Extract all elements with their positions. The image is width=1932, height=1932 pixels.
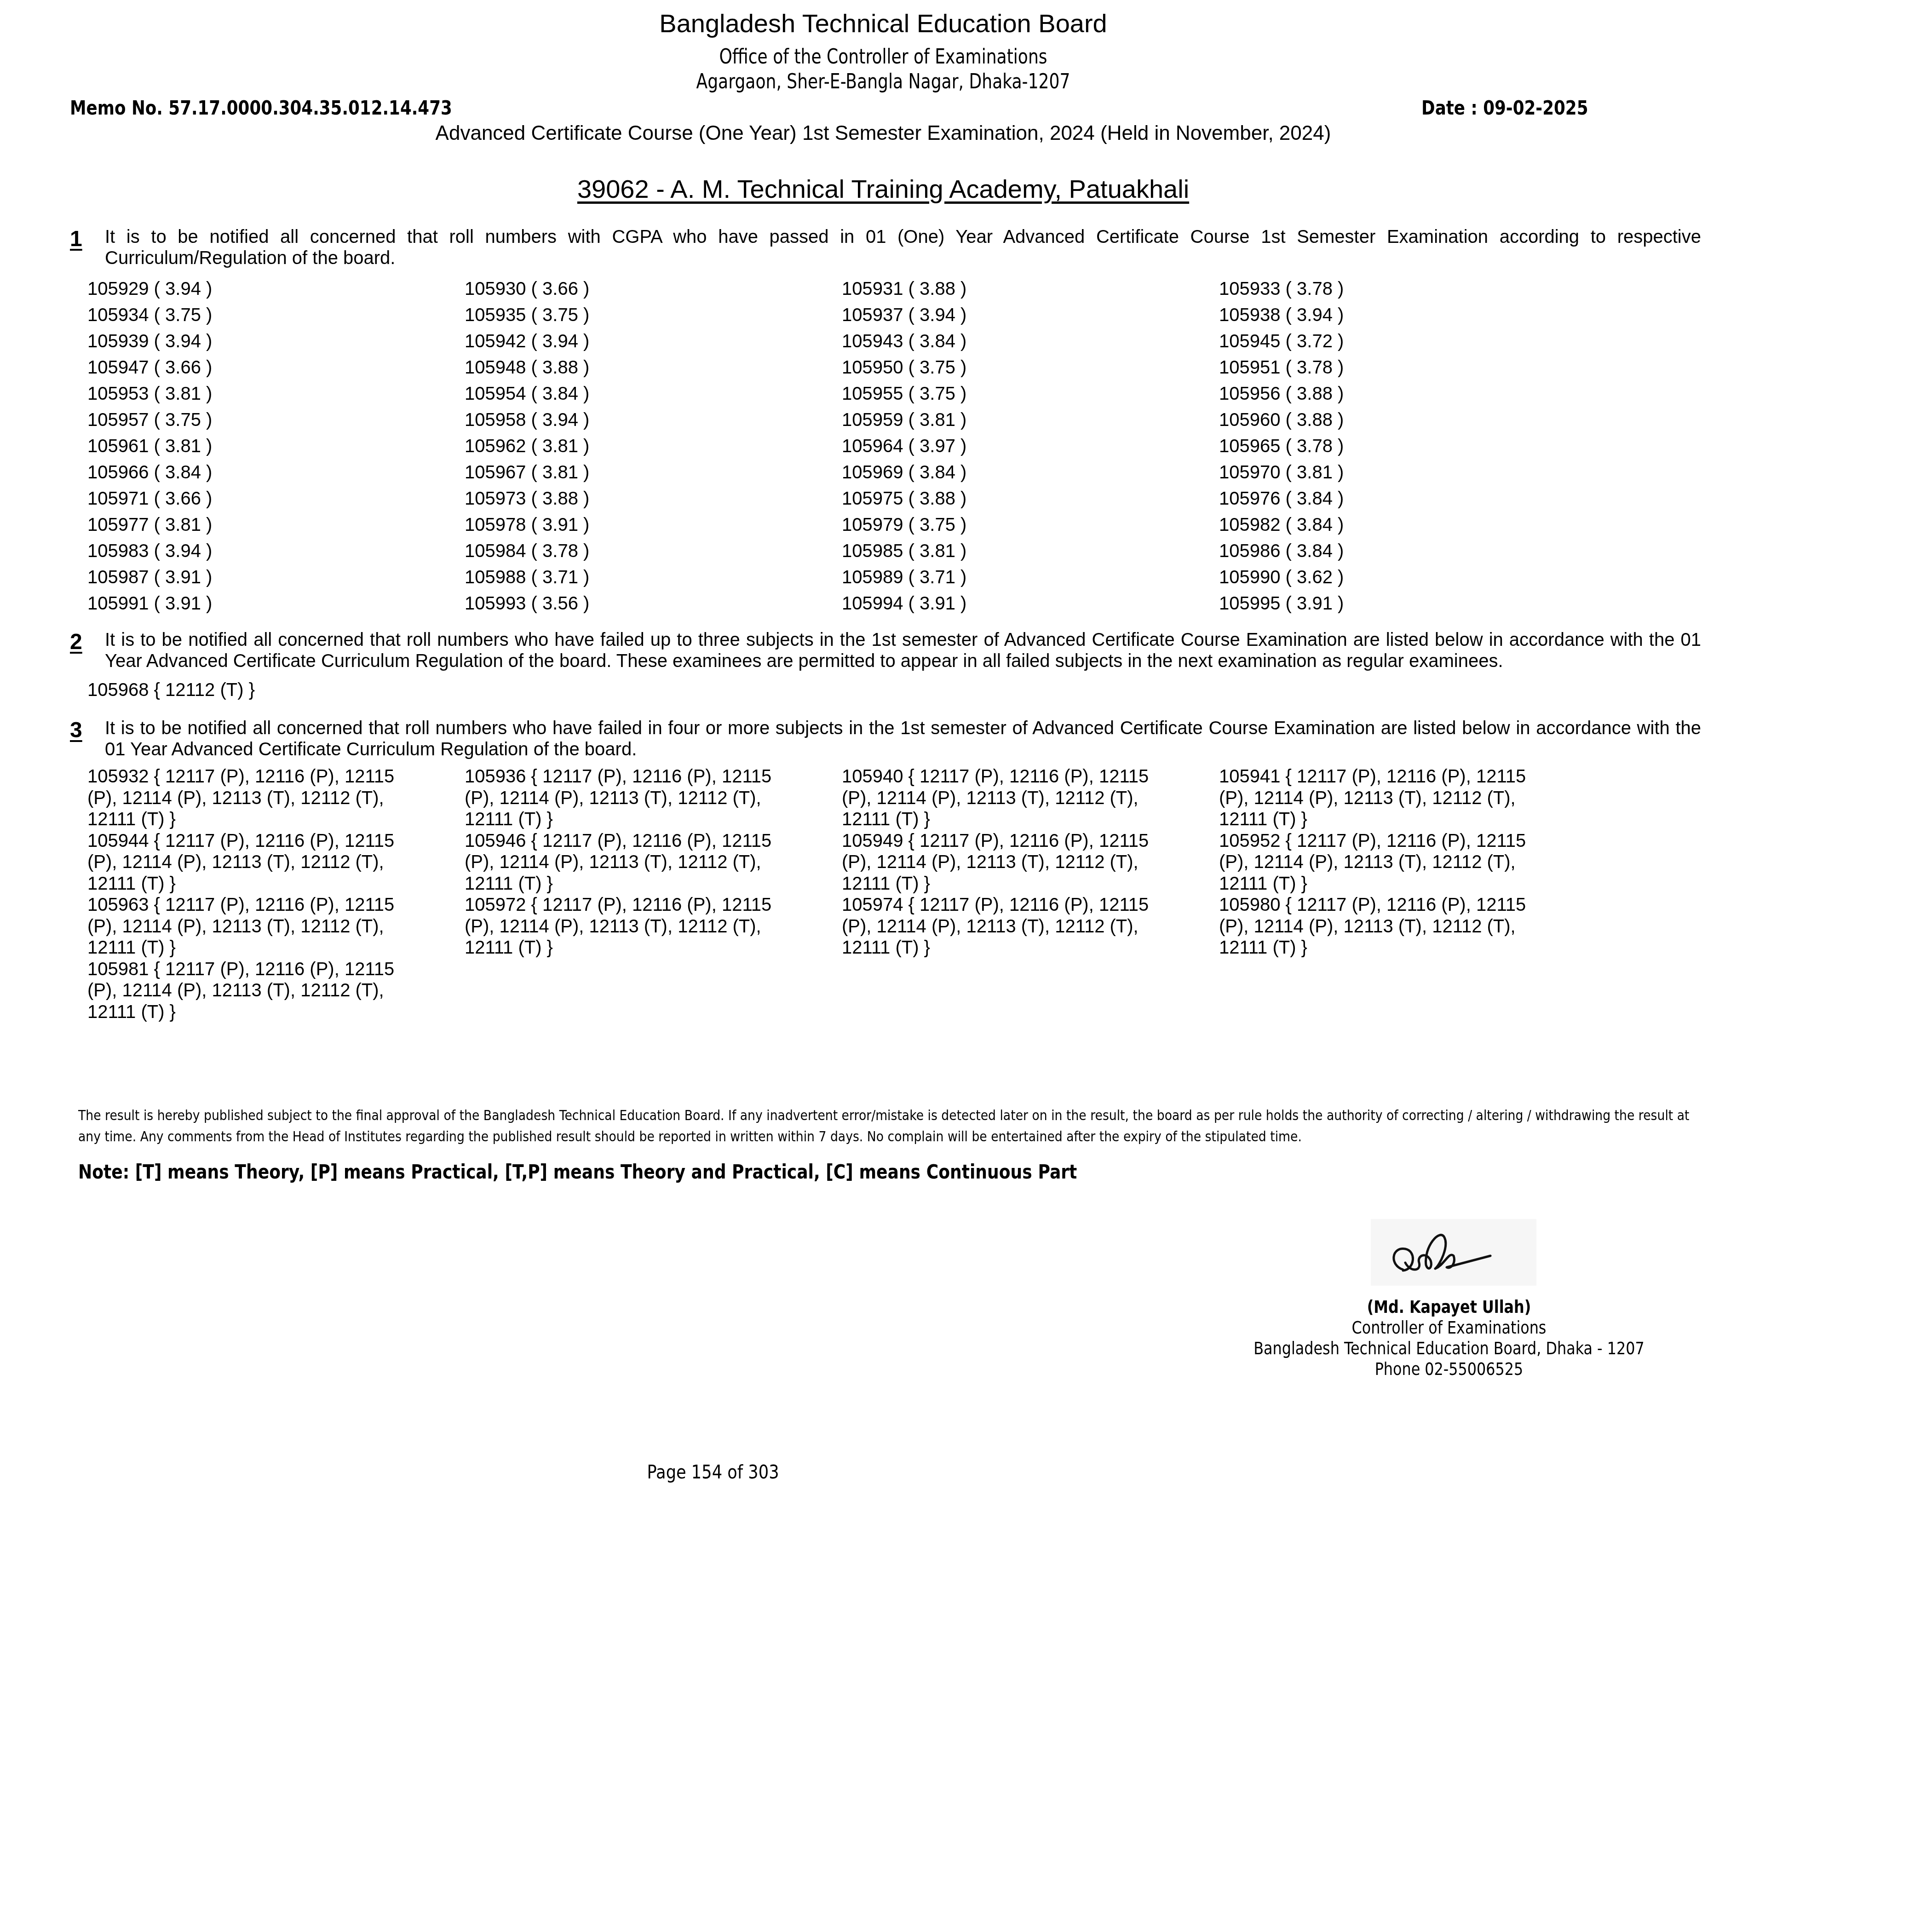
result-entry: 105973 ( 3.88 ): [465, 486, 842, 512]
result-entry: 105982 ( 3.84 ): [1219, 512, 1596, 538]
result-entry: 105983 ( 3.94 ): [87, 538, 465, 564]
result-entry: 105986 ( 3.84 ): [1219, 538, 1596, 564]
result-entry: 105967 ( 3.81 ): [465, 460, 842, 486]
passed-results-grid: 105929 ( 3.94 )105930 ( 3.66 )105931 ( 3…: [87, 276, 1596, 617]
result-entry: 105956 ( 3.88 ): [1219, 381, 1596, 407]
result-entry: 105965 ( 3.78 ): [1219, 433, 1596, 460]
result-entry: 105974 { 12117 (P), 12116 (P), 12115 (P)…: [842, 894, 1182, 959]
result-entry: 105962 ( 3.81 ): [465, 433, 842, 460]
section-3-text: It is to be notified all concerned that …: [105, 718, 1701, 760]
result-entry: 105953 ( 3.81 ): [87, 381, 465, 407]
exam-title: Advanced Certificate Course (One Year) 1…: [0, 122, 1766, 145]
result-entry: 105938 ( 3.94 ): [1219, 302, 1596, 328]
result-entry: 105975 ( 3.88 ): [842, 486, 1219, 512]
page-number: Page 154 of 303: [612, 1462, 814, 1483]
result-entry: 105933 ( 3.78 ): [1219, 276, 1596, 302]
disclaimer: The result is hereby published subject t…: [78, 1105, 1704, 1147]
result-entry: 105944 { 12117 (P), 12116 (P), 12115 (P)…: [87, 830, 428, 895]
result-entry: 105988 ( 3.71 ): [465, 564, 842, 591]
result-entry: 105948 ( 3.88 ): [465, 355, 842, 381]
result-entry: 105978 ( 3.91 ): [465, 512, 842, 538]
result-entry: 105946 { 12117 (P), 12116 (P), 12115 (P)…: [465, 830, 805, 895]
result-entry: 105941 { 12117 (P), 12116 (P), 12115 (P)…: [1219, 766, 1559, 830]
result-entry: 105984 ( 3.78 ): [465, 538, 842, 564]
result-entry: 105942 ( 3.94 ): [465, 328, 842, 355]
result-entry: 105951 ( 3.78 ): [1219, 355, 1596, 381]
result-entry: 105993 ( 3.56 ): [465, 591, 842, 617]
result-entry: 105981 { 12117 (P), 12116 (P), 12115 (P)…: [87, 959, 428, 1023]
result-entry: 105961 ( 3.81 ): [87, 433, 465, 460]
result-entry: 105929 ( 3.94 ): [87, 276, 465, 302]
result-entry: 105936 { 12117 (P), 12116 (P), 12115 (P)…: [465, 766, 805, 830]
result-entry: 105994 ( 3.91 ): [842, 591, 1219, 617]
signatory-name: (Md. Kapayet Ullah): [1251, 1297, 1647, 1317]
result-entry: 105957 ( 3.75 ): [87, 407, 465, 433]
result-entry: 105958 ( 3.94 ): [465, 407, 842, 433]
result-entry: 105939 ( 3.94 ): [87, 328, 465, 355]
result-entry: 105987 ( 3.91 ): [87, 564, 465, 591]
signature-image: [1371, 1219, 1536, 1286]
result-entry: 105937 ( 3.94 ): [842, 302, 1219, 328]
result-entry: 105980 { 12117 (P), 12116 (P), 12115 (P)…: [1219, 894, 1559, 959]
signature-icon: [1371, 1219, 1536, 1286]
result-entry: 105989 ( 3.71 ): [842, 564, 1219, 591]
signatory-phone: Phone 02-55006525: [1251, 1359, 1647, 1379]
result-entry: 105934 ( 3.75 ): [87, 302, 465, 328]
result-entry: 105970 ( 3.81 ): [1219, 460, 1596, 486]
result-entry: 105930 ( 3.66 ): [465, 276, 842, 302]
result-entry: 105940 { 12117 (P), 12116 (P), 12115 (P)…: [842, 766, 1182, 830]
result-entry: 105964 ( 3.97 ): [842, 433, 1219, 460]
memo-date: Date : 09-02-2025: [1421, 97, 1588, 119]
section-3-number: 3: [70, 718, 82, 743]
signatory-title: Controller of Examinations: [1251, 1318, 1647, 1338]
result-entry: 105931 ( 3.88 ): [842, 276, 1219, 302]
result-entry: 105990 ( 3.62 ): [1219, 564, 1596, 591]
result-entry: 105935 ( 3.75 ): [465, 302, 842, 328]
result-entry: 105985 ( 3.81 ): [842, 538, 1219, 564]
result-entry: 105995 ( 3.91 ): [1219, 591, 1596, 617]
failed-results-grid: 105932 { 12117 (P), 12116 (P), 12115 (P)…: [87, 766, 1596, 1023]
result-entry: 105971 ( 3.66 ): [87, 486, 465, 512]
result-entry: 105952 { 12117 (P), 12116 (P), 12115 (P)…: [1219, 830, 1559, 895]
partial-fail-results-grid: 105968 { 12112 (T) }: [87, 677, 1596, 703]
institute-name-text: 39062 - A. M. Technical Training Academy…: [577, 174, 1189, 203]
result-entry: 105976 ( 3.84 ): [1219, 486, 1596, 512]
section-1-number: 1: [70, 226, 82, 252]
result-entry: 105947 ( 3.66 ): [87, 355, 465, 381]
office-address: Agargaon, Sher-E-Bangla Nagar, Dhaka-120…: [159, 70, 1608, 93]
result-entry: 105972 { 12117 (P), 12116 (P), 12115 (P)…: [465, 894, 805, 959]
result-entry: 105959 ( 3.81 ): [842, 407, 1219, 433]
result-entry: 105950 ( 3.75 ): [842, 355, 1219, 381]
section-1-text: It is to be notified all concerned that …: [105, 226, 1701, 269]
result-entry: 105966 ( 3.84 ): [87, 460, 465, 486]
result-entry: 105943 ( 3.84 ): [842, 328, 1219, 355]
result-entry: 105955 ( 3.75 ): [842, 381, 1219, 407]
result-entry: 105968 { 12112 (T) }: [87, 677, 465, 703]
result-entry: 105945 ( 3.72 ): [1219, 328, 1596, 355]
result-entry: 105949 { 12117 (P), 12116 (P), 12115 (P)…: [842, 830, 1182, 895]
result-entry: 105960 ( 3.88 ): [1219, 407, 1596, 433]
section-2-text: It is to be notified all concerned that …: [105, 629, 1701, 672]
office-name: Office of the Controller of Examinations: [159, 45, 1608, 69]
result-entry: 105963 { 12117 (P), 12116 (P), 12115 (P)…: [87, 894, 428, 959]
memo-number: Memo No. 57.17.0000.304.35.012.14.473: [70, 97, 452, 119]
legend-note: Note: [T] means Theory, [P] means Practi…: [78, 1161, 1077, 1183]
section-2-number: 2: [70, 629, 82, 655]
result-entry: 105979 ( 3.75 ): [842, 512, 1219, 538]
result-entry: 105977 ( 3.81 ): [87, 512, 465, 538]
result-entry: 105969 ( 3.84 ): [842, 460, 1219, 486]
result-entry: 105954 ( 3.84 ): [465, 381, 842, 407]
result-entry: 105932 { 12117 (P), 12116 (P), 12115 (P)…: [87, 766, 428, 830]
board-name: Bangladesh Technical Education Board: [0, 8, 1766, 38]
result-entry: 105991 ( 3.91 ): [87, 591, 465, 617]
signatory-organization: Bangladesh Technical Education Board, Dh…: [1251, 1339, 1647, 1358]
institute-name: 39062 - A. M. Technical Training Academy…: [0, 174, 1766, 204]
